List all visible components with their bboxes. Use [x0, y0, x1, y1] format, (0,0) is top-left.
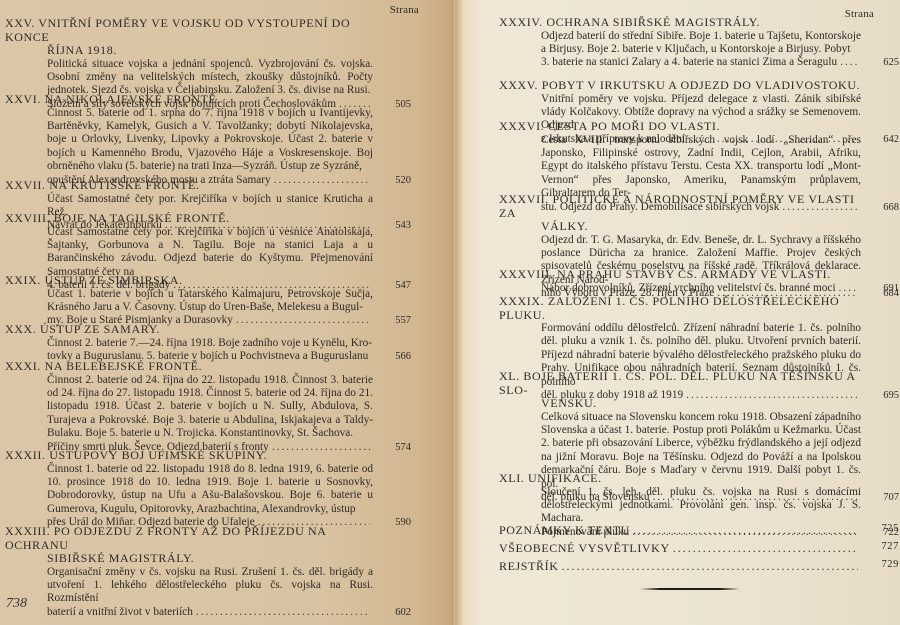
chapter-number: XXX. [5, 322, 36, 336]
page-number: 557 [395, 314, 411, 327]
chapter-title-cont: SIBIŘSKÉ MAGISTRÁLY. [5, 552, 373, 566]
toc-entry: XXXII. ÚSTUPOVÝ BOJ UFIMSKÉ SKUPINY. Čin… [5, 449, 373, 530]
appendix-title: REJSTŘÍK [499, 559, 558, 574]
chapter-number: XXIX. [5, 273, 41, 287]
chapter-number: XXXIII. [5, 524, 50, 538]
dot-leader [839, 282, 858, 295]
chapter-title: BOJE NA TAGILSKÉ FRONTĚ. [54, 211, 230, 225]
toc-entry: XXXIII. PO ODJEZDU Z FRONTY AŽ DO PŘÍJEZ… [5, 525, 373, 619]
chapter-number: XXXVII. [499, 192, 549, 206]
page-number: 695 [883, 389, 899, 402]
toc-entry: XXX. ÚSTUP ZE SAMARY. Činnost 2. baterie… [5, 323, 373, 363]
page-number: 520 [395, 174, 411, 187]
chapter-number: XXXVI. [499, 119, 544, 133]
chapter-number: XXXIV. [499, 15, 543, 29]
chapter-title: ÚSTUPOVÝ BOJ UFIMSKÉ SKUPINY. [49, 448, 267, 462]
toc-entry: XXVI. NA NIKOLAJEVSKÉ FRONTĚ. Činnost 5.… [5, 93, 373, 187]
chapter-summary: Odjezd baterií do střední Sibiře. Boje 1… [541, 30, 861, 70]
chapter-title-cont: VENSKU. [499, 397, 861, 411]
chapter-title: ZALOŽENÍ 1. ČS. POLNÍHO DĚLOSTŘELECKÉHO … [499, 294, 839, 322]
toc-appendix-entry: REJSTŘÍK 729 [499, 559, 861, 574]
chapter-summary: Činnost 1. baterie od 22. listopadu 1918… [47, 463, 373, 530]
chapter-title: POBYT V IRKUTSKU A ODJEZD DO VLADIVOSTOK… [542, 78, 860, 92]
dot-leader [633, 523, 858, 538]
chapter-title: ÚSTUP ZE SAMARY. [40, 322, 160, 336]
left-page: Strana XXV. VNITŘNÍ POMĚRY VE VOJSKU OD … [0, 0, 455, 625]
chapter-title: NA PRAHU STAVBY ČS. ARMÁDY VE VLASTI. [557, 267, 831, 281]
chapter-title: OCHRANA SIBIŘSKÉ MAGISTRÁLY. [546, 15, 760, 29]
chapter-number: XXXVIII. [499, 267, 553, 281]
page-number: 668 [883, 201, 899, 214]
dot-leader [673, 541, 858, 556]
chapter-title: PO ODJEZDU Z FRONTY AŽ DO PŘÍJEZDU NA OC… [5, 524, 326, 552]
toc-appendix-entry: VŠEOBECNÉ VYSVĚTLIVKY 727 [499, 541, 861, 556]
toc-appendix-entry: POZNÁMKY K TEXTU 725 [499, 523, 861, 538]
page-number: 625 [883, 56, 899, 69]
page-number: 642 [883, 133, 899, 146]
chapter-number: XXV. [5, 16, 35, 30]
chapter-title: ÚSTUP ZE SIMBIRSKA. [45, 273, 183, 287]
chapter-number: XXXII. [5, 448, 46, 462]
chapter-title: NA KRUTIŠSKÉ FRONTĚ. [49, 178, 199, 192]
chapter-number: XXVII. [5, 178, 46, 192]
strana-label: Strana [390, 4, 419, 16]
chapter-title: BOJE BATERIÍ 1. ČS. POL. DĚL. PLUKU NA T… [499, 369, 855, 397]
page-number: 505 [395, 98, 411, 111]
page-number: 543 [395, 219, 411, 232]
dot-leader [196, 606, 370, 619]
page-number: 727 [881, 541, 899, 552]
chapter-title: UNIFIKACE. [528, 471, 602, 485]
right-page: Strana XXXIV. OCHRANA SIBIŘSKÉ MAGISTRÁL… [455, 0, 900, 625]
chapter-summary: Nábor dobrovolníků. Zřízení vrchního vel… [541, 282, 861, 295]
appendix-title: VŠEOBECNÉ VYSVĚTLIVKY [499, 541, 670, 556]
dot-leader [840, 56, 858, 69]
toc-entry: XXXVIII. NA PRAHU STAVBY ČS. ARMÁDY VE V… [499, 268, 861, 295]
chapter-title: VNITŘNÍ POMĚRY VE VOJSKU OD VYSTOUPENÍ D… [5, 16, 350, 44]
page-number: 566 [395, 350, 411, 363]
chapter-title-cont: ŘÍJNA 1918. [5, 44, 373, 58]
chapter-number: XXVI. [5, 92, 41, 106]
chapter-summary: Činnost 2. baterie od 24. října do 22. l… [47, 374, 373, 454]
chapter-number: XXXIX. [499, 294, 544, 308]
toc-entry: XXIX. ÚSTUP ZE SIMBIRSKA. Účast 1. bater… [5, 274, 373, 328]
page-number: 691 [883, 282, 899, 295]
page-number: 729 [881, 559, 899, 570]
page-number: 602 [395, 606, 411, 619]
chapter-summary: Činnost 5. baterie od 1. srpna do 7. říj… [47, 107, 373, 187]
chapter-title-cont: VÁLKY. [499, 220, 861, 234]
appendix-title: POZNÁMKY K TEXTU [499, 523, 630, 538]
chapter-title: CESTA PO MOŘI DO VLASTI. [548, 119, 720, 133]
chapter-number: XXXV. [499, 78, 538, 92]
toc-entry: XXXI. NA BELEBEJSKÉ FRONTĚ. Činnost 2. b… [5, 360, 373, 454]
chapter-title: NA NIKOLAJEVSKÉ FRONTĚ. [45, 92, 220, 106]
chapter-number: XL. [499, 369, 520, 383]
dot-leader [561, 559, 858, 574]
page-number: 707 [883, 491, 899, 504]
page-folio: 738 [6, 596, 27, 612]
chapter-title: NA BELEBEJSKÉ FRONTĚ. [45, 359, 203, 373]
chapter-number: XXXI. [5, 359, 41, 373]
page-number: 725 [881, 523, 899, 534]
chapter-number: XLI. [499, 471, 524, 485]
chapter-number: XXVIII. [5, 211, 50, 225]
page-number: 574 [395, 441, 411, 454]
end-ornament-rule [640, 588, 740, 590]
chapter-title: POLITICKÉ A NÁRODNOSTNÍ POMĚRY VE VLASTI… [499, 192, 855, 220]
page-number: 547 [395, 279, 411, 292]
toc-entry: XXXIV. OCHRANA SIBIŘSKÉ MAGISTRÁLY. Odje… [499, 16, 861, 70]
page-number: 590 [395, 516, 411, 529]
chapter-summary: Organisační změny v čs. vojsku na Rusi. … [47, 566, 373, 620]
